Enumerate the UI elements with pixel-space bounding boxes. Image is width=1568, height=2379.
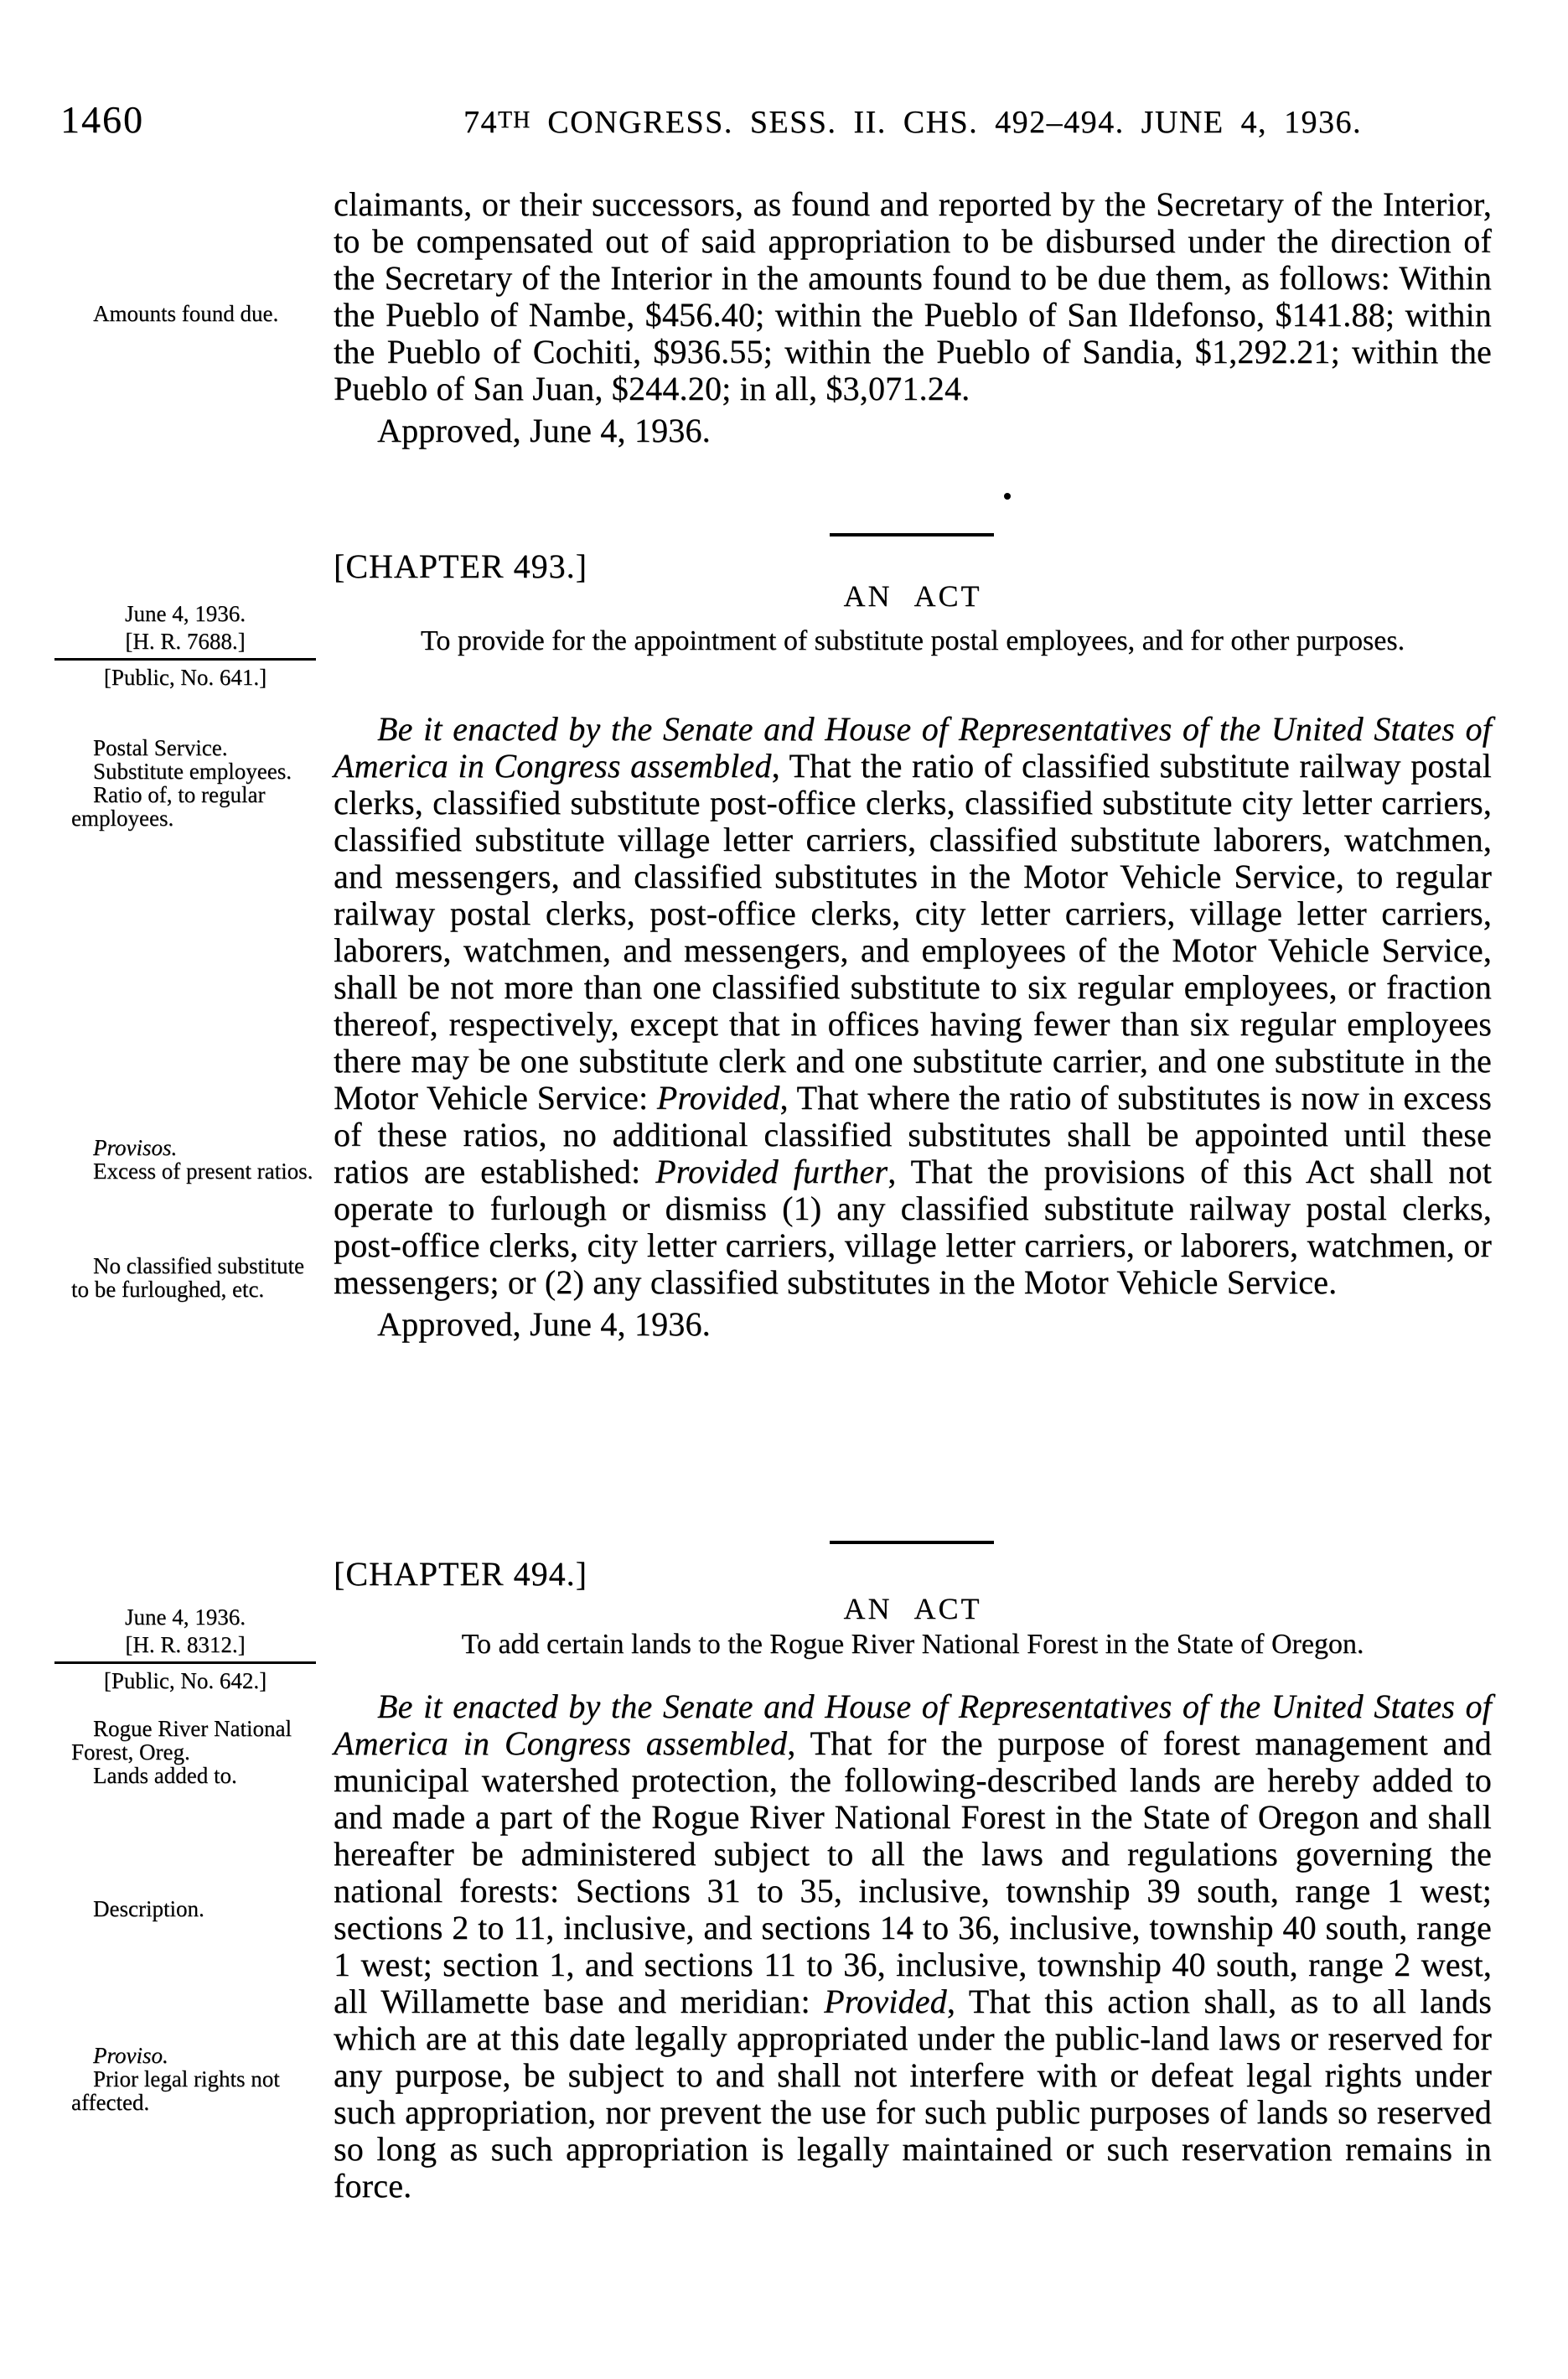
sidenote-date: June 4, 1936. <box>54 600 316 628</box>
chapter-493-text: Be it enacted by the Senate and House of… <box>334 711 1492 1343</box>
chapter-494-act-title: To add certain lands to the Rogue River … <box>334 1627 1492 1662</box>
chapter-492-paragraph: claimants, or their successors, as found… <box>334 186 1492 407</box>
sidenote-date: June 4, 1936. <box>54 1604 316 1631</box>
margin-note-line: Ratio of, to regular employees. <box>71 783 324 830</box>
running-head-congress-number: 74 <box>463 105 498 140</box>
chapter-492-approved-line: Approved, June 4, 1936. <box>334 412 1492 449</box>
running-head-ordinal: TH <box>498 107 530 133</box>
margin-note-amounts-found-due: Amounts found due. <box>71 302 324 325</box>
stray-ink-dot <box>1004 493 1011 500</box>
proviso-further-keyword: Provided further <box>655 1153 887 1190</box>
sidenote-bill-number: [H. R. 7688.] <box>54 628 316 656</box>
page-number: 1460 <box>60 97 144 142</box>
chapter-493-approved-line: Approved, June 4, 1936. <box>334 1306 1492 1343</box>
body-segment: , That for the purpose of forest managem… <box>334 1724 1492 2020</box>
margin-note-line: Excess of present ratios. <box>71 1159 324 1183</box>
proviso-keyword: Provided <box>657 1079 780 1117</box>
chapter-493-an-act-label: AN ACT <box>334 578 1492 614</box>
section-divider-rule <box>830 1541 994 1544</box>
margin-note-postal-service: Postal Service. Substitute employees. Ra… <box>71 736 324 830</box>
sidenote-public-law-number: [Public, No. 642.] <box>54 1667 316 1695</box>
chapter-494-text: Be it enacted by the Senate and House of… <box>334 1688 1492 2205</box>
margin-note-line: Description. <box>71 1897 324 1920</box>
margin-note-line: Prior legal rights not affected. <box>71 2067 324 2114</box>
margin-note-line: Lands added to. <box>71 1764 324 1787</box>
section-divider-rule <box>830 533 994 536</box>
body-segment: , That the ratio of classified substitut… <box>334 747 1492 1117</box>
sidenote-rule <box>54 658 316 661</box>
act-title-text: To provide for the appointment of substi… <box>421 624 1405 659</box>
chapter-494-heading: [CHAPTER 494.] <box>334 1554 587 1594</box>
margin-note-line: Proviso. <box>71 2044 324 2067</box>
margin-note-proviso: Proviso. Prior legal rights not affected… <box>71 2044 324 2114</box>
chapter-493-act-title: To provide for the appointment of substi… <box>334 624 1492 659</box>
margin-note-rogue-river: Rogue River National Forest, Oreg. Lands… <box>71 1717 324 1787</box>
sidenote-rule <box>54 1661 316 1664</box>
statute-page: 1460 74TH CONGRESS. SESS. II. CHS. 492–4… <box>0 0 1568 2379</box>
chapter-493-sidenote-block: June 4, 1936. [H. R. 7688.] [Public, No.… <box>54 600 316 692</box>
running-head-rest: CONGRESS. SESS. II. CHS. 492–494. JUNE 4… <box>530 105 1362 140</box>
sidenote-public-law-number: [Public, No. 641.] <box>54 664 316 692</box>
margin-note-line: Substitute employees. <box>71 759 324 783</box>
margin-note-line: Amounts found due. <box>71 302 324 325</box>
chapter-494-body-paragraph: Be it enacted by the Senate and House of… <box>334 1688 1492 2205</box>
margin-note-line: Postal Service. <box>71 736 324 759</box>
chapter-493-body-paragraph: Be it enacted by the Senate and House of… <box>334 711 1492 1301</box>
margin-note-line: Provisos. <box>71 1136 324 1159</box>
margin-note-provisos: Provisos. Excess of present ratios. <box>71 1136 324 1183</box>
sidenote-bill-number: [H. R. 8312.] <box>54 1631 316 1659</box>
act-title-text: To add certain lands to the Rogue River … <box>462 1627 1364 1662</box>
chapter-492-text: claimants, or their successors, as found… <box>334 186 1492 449</box>
margin-note-line: No classified substitute to be furloughe… <box>71 1254 324 1301</box>
proviso-keyword: Provided <box>824 1982 947 2020</box>
margin-note-description: Description. <box>71 1897 324 1920</box>
running-head: 74TH CONGRESS. SESS. II. CHS. 492–494. J… <box>334 104 1492 141</box>
chapter-494-sidenote-block: June 4, 1936. [H. R. 8312.] [Public, No.… <box>54 1604 316 1695</box>
margin-note-no-furlough: No classified substitute to be furloughe… <box>71 1254 324 1301</box>
chapter-494-an-act-label: AN ACT <box>334 1591 1492 1626</box>
margin-note-line: Rogue River National Forest, Oreg. <box>71 1717 324 1764</box>
